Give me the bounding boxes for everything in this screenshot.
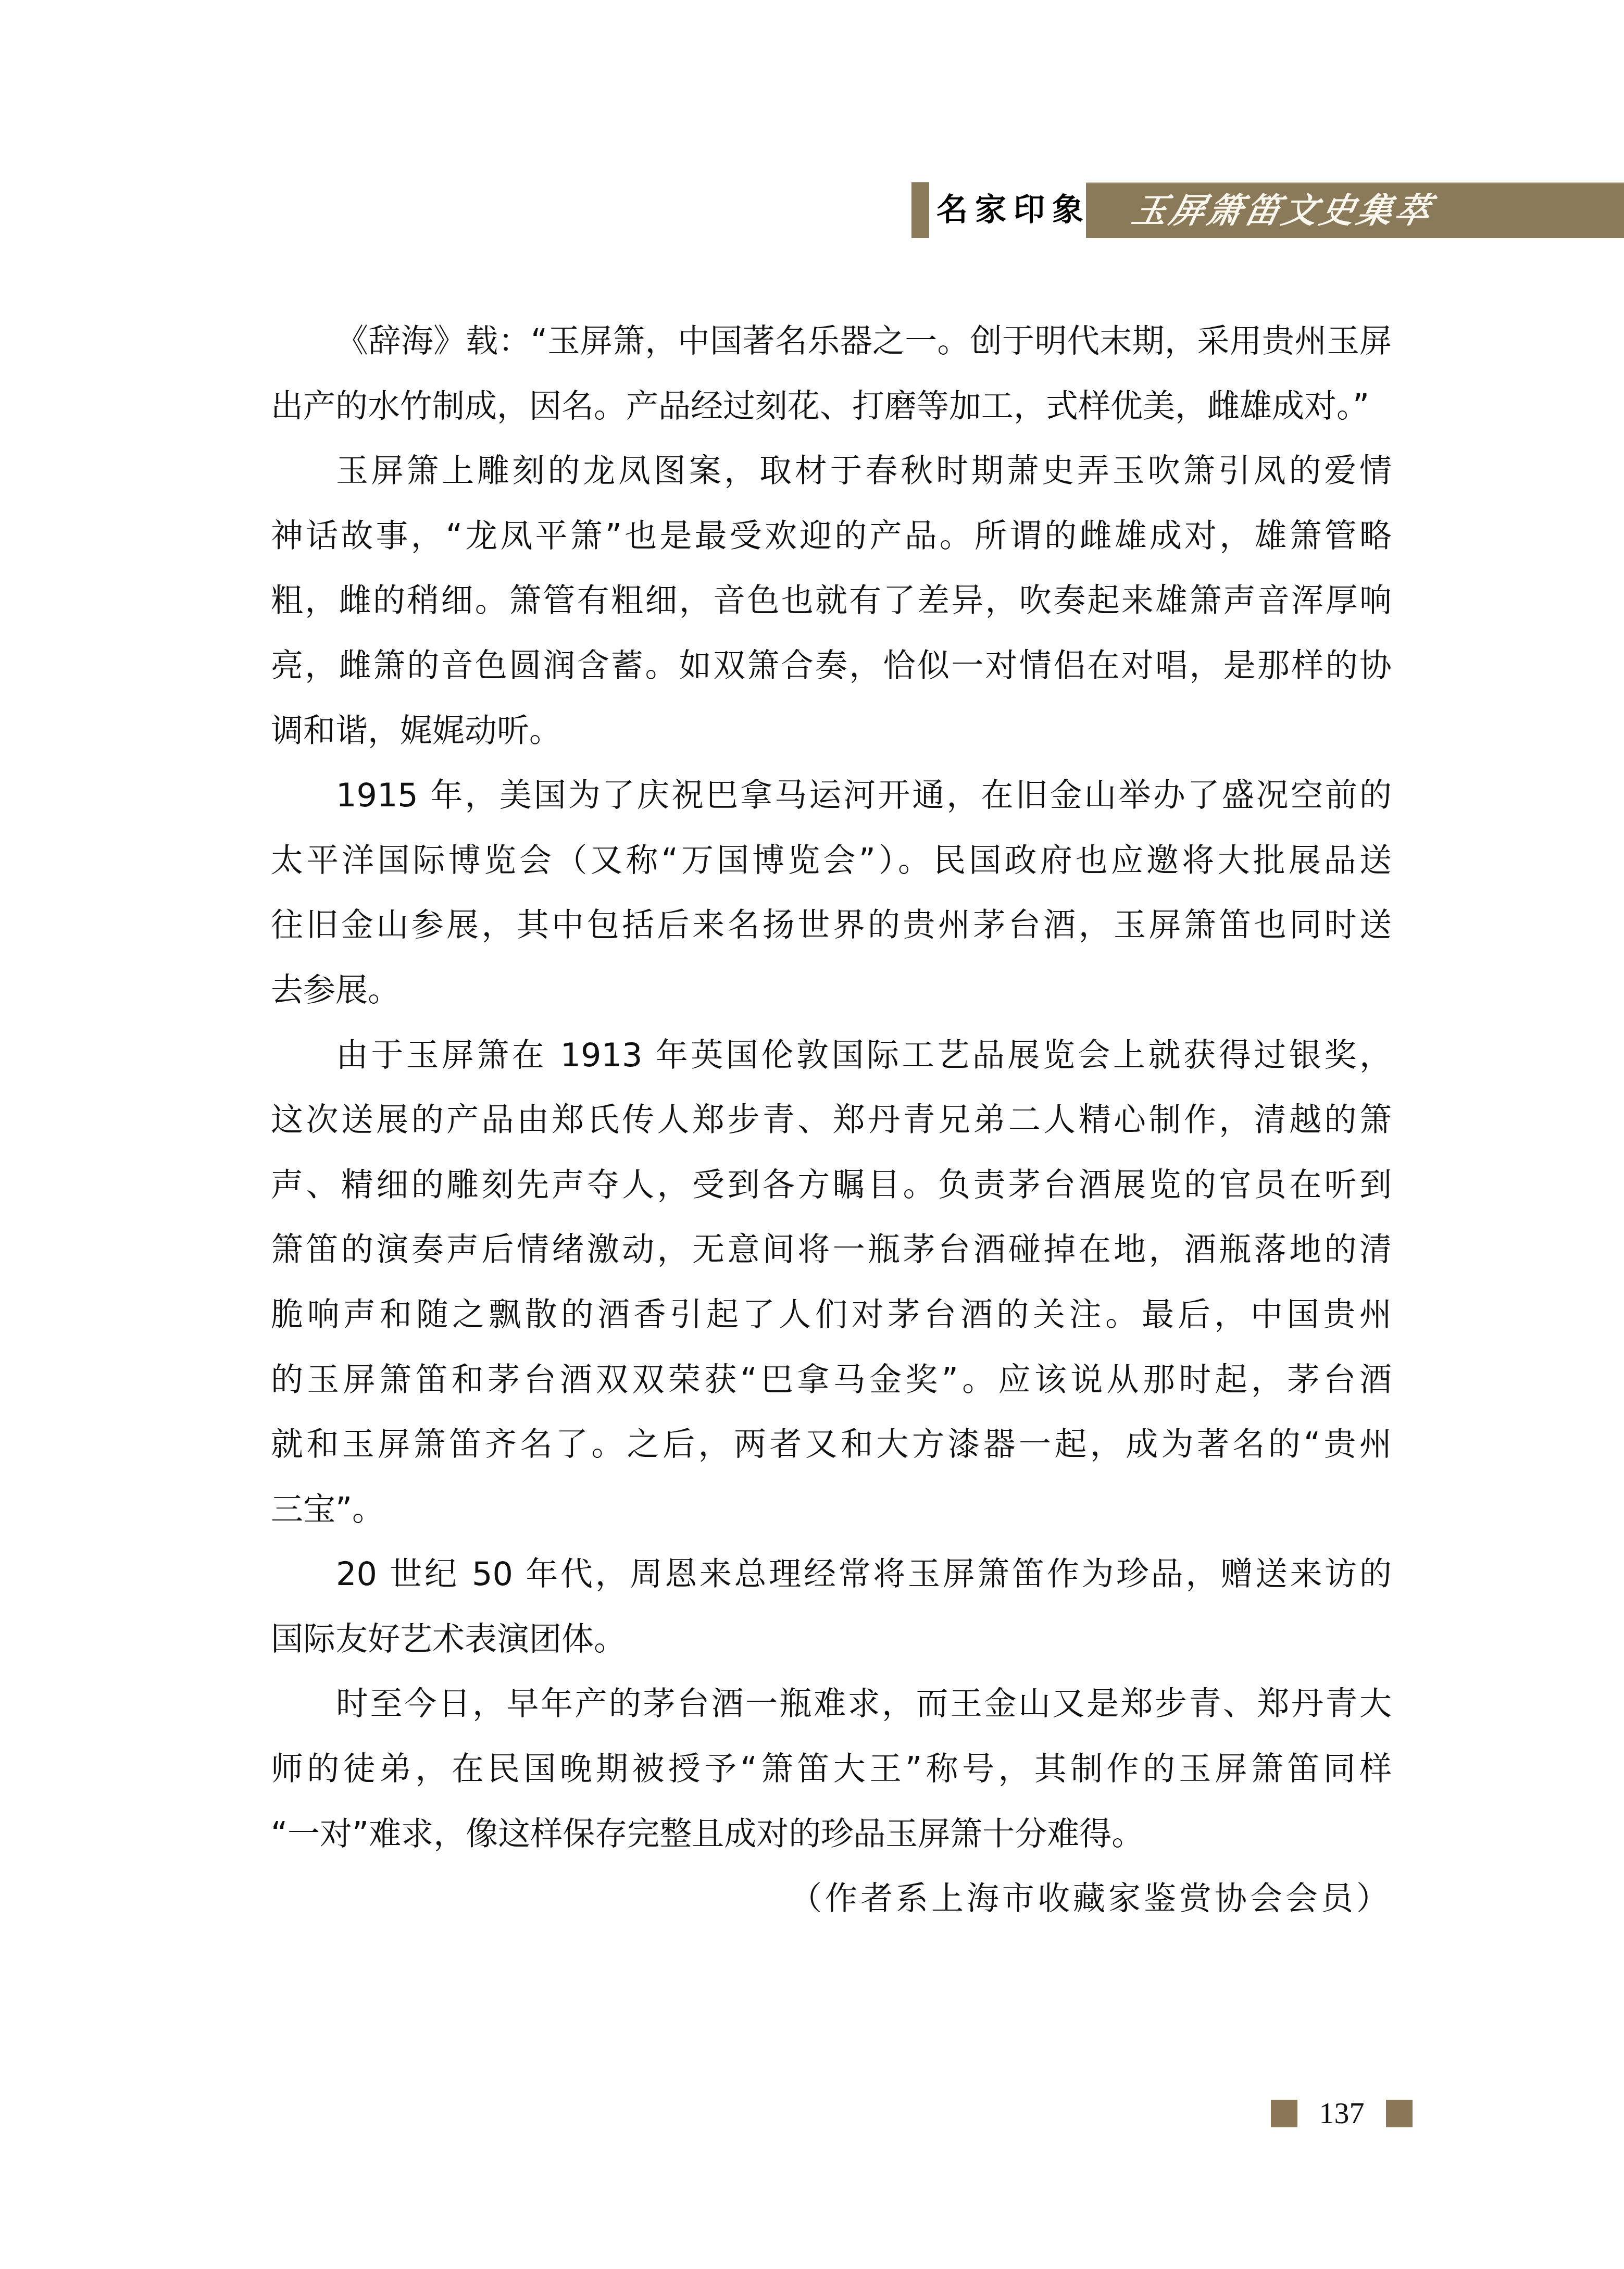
text-line: 往旧金山参展，其中包括后来名扬世界的贵州茅台酒，玉屏箫笛也同时送 <box>271 898 1392 963</box>
text-line: 师的徒弟，在民国晚期被授予“箫笛大王”称号，其制作的玉屏箫笛同样 <box>271 1742 1392 1807</box>
header-title-band: 玉屏箫笛文史集萃 <box>1086 182 1624 238</box>
text-line: 《辞海》载：“玉屏箫，中国著名乐器之一。创于明代末期，采用贵州玉屏 <box>271 314 1392 379</box>
text-line: 调和谐，娓娓动听。 <box>271 704 1392 769</box>
text-line: 就和玉屏箫笛齐名了。之后，两者又和大方漆器一起，成为著名的“贵州 <box>271 1417 1392 1482</box>
text-line: 粗，雌的稍细。箫管有粗细，音色也就有了差异，吹奏起来雄箫声音浑厚响 <box>271 574 1392 639</box>
text-line: 声、精细的雕刻先声夺人，受到各方瞩目。负责茅台酒展览的官员在听到 <box>271 1158 1392 1223</box>
text-line: 亮，雌箫的音色圆润含蓄。如双箫合奏，恰似一对情侣在对唱，是那样的协 <box>271 639 1392 704</box>
header-accent-bar <box>911 182 929 238</box>
paragraph: 时至今日，早年产的茅台酒一瓶难求，而王金山又是郑步青、郑丹青大 师的徒弟，在民国… <box>271 1677 1392 1872</box>
text-line: 时至今日，早年产的茅台酒一瓶难求，而王金山又是郑步青、郑丹青大 <box>271 1677 1392 1742</box>
folio-square-right-icon <box>1386 2100 1413 2127</box>
text-line: 1915 年，美国为了庆祝巴拿马运河开通，在旧金山举办了盛况空前的 <box>271 768 1392 833</box>
text-line: 玉屏箫上雕刻的龙凤图案，取材于春秋时期萧史弄玉吹箫引凤的爱情 <box>271 444 1392 509</box>
text-line: 脆响声和随之飘散的酒香引起了人们对茅台酒的关注。最后，中国贵州 <box>271 1288 1392 1353</box>
page-number: 137 <box>1297 2099 1386 2127</box>
text-line: “一对”难求，像这样保存完整且成对的珍品玉屏箫十分难得。 <box>271 1807 1392 1872</box>
author-note: （作者系上海市收藏家鉴赏协会会员） <box>271 1872 1392 1937</box>
text-line: 出产的水竹制成，因名。产品经过刻花、打磨等加工，式样优美，雌雄成对。” <box>271 379 1392 444</box>
page-footer: 137 <box>1271 2099 1413 2127</box>
text-line: 20 世纪 50 年代，周恩来总理经常将玉屏箫笛作为珍品，赠送来访的 <box>271 1547 1392 1612</box>
book-title-calligraphy: 玉屏箫笛文史集萃 <box>1127 183 1439 238</box>
text-line: 这次送展的产品由郑氏传人郑步青、郑丹青兄弟二人精心制作，清越的箫 <box>271 1093 1392 1158</box>
folio-square-left-icon <box>1271 2100 1297 2127</box>
paragraph: 《辞海》载：“玉屏箫，中国著名乐器之一。创于明代末期，采用贵州玉屏 出产的水竹制… <box>271 314 1392 444</box>
text-line: 由于玉屏箫在 1913 年英国伦敦国际工艺品展览会上就获得过银奖， <box>271 1028 1392 1093</box>
article-body: 《辞海》载：“玉屏箫，中国著名乐器之一。创于明代末期，采用贵州玉屏 出产的水竹制… <box>271 314 1392 1937</box>
text-line: 去参展。 <box>271 963 1392 1028</box>
paragraph: 20 世纪 50 年代，周恩来总理经常将玉屏箫笛作为珍品，赠送来访的 国际友好艺… <box>271 1547 1392 1677</box>
text-line: 太平洋国际博览会（又称“万国博览会”）。民国政府也应邀将大批展品送 <box>271 833 1392 899</box>
text-line: 的玉屏箫笛和茅台酒双双荣获“巴拿马金奖”。应该说从那时起，茅台酒 <box>271 1353 1392 1418</box>
text-line: 神话故事，“龙凤平箫”也是最受欢迎的产品。所谓的雌雄成对，雄箫管略 <box>271 509 1392 574</box>
paragraph: 由于玉屏箫在 1913 年英国伦敦国际工艺品展览会上就获得过银奖， 这次送展的产… <box>271 1028 1392 1548</box>
text-line: 国际友好艺术表演团体。 <box>271 1612 1392 1677</box>
text-line: 三宝”。 <box>271 1482 1392 1548</box>
section-label: 名家印象 <box>936 182 1091 238</box>
paragraph: 玉屏箫上雕刻的龙凤图案，取材于春秋时期萧史弄玉吹箫引凤的爱情 神话故事，“龙凤平… <box>271 444 1392 768</box>
text-line: 箫笛的演奏声后情绪激动，无意间将一瓶茅台酒碰掉在地，酒瓶落地的清 <box>271 1223 1392 1288</box>
paragraph: 1915 年，美国为了庆祝巴拿马运河开通，在旧金山举办了盛况空前的 太平洋国际博… <box>271 768 1392 1028</box>
